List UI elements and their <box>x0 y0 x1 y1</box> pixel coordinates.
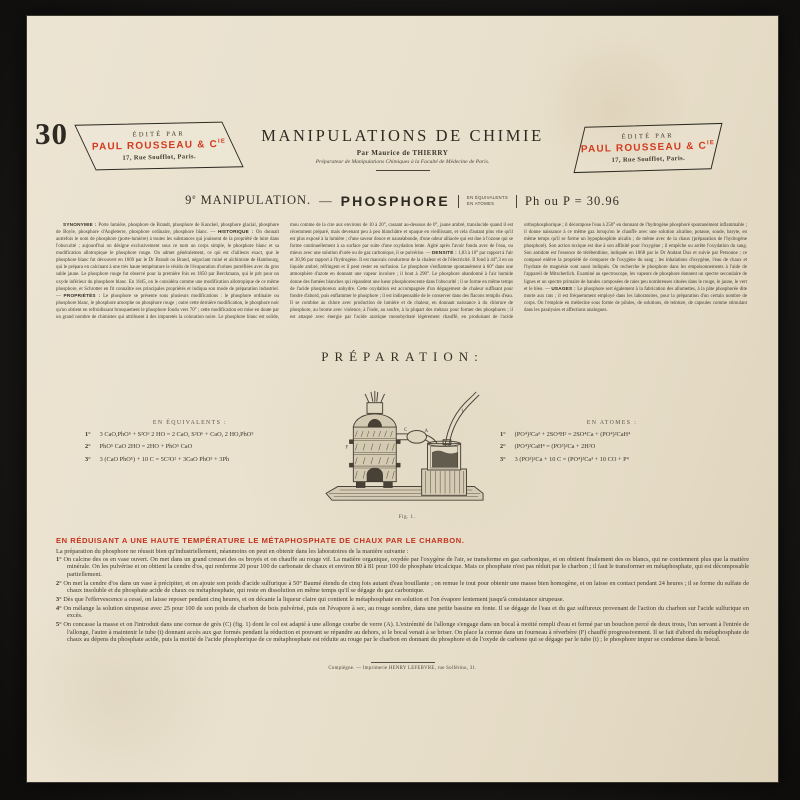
method-heading: EN RÉDUISANT A UNE HAUTE TEMPÉRATURE LE … <box>56 536 749 545</box>
heading-dash: — <box>319 194 333 209</box>
method-item: 2° On met la cendre d'os dans un vase à … <box>56 580 749 595</box>
figure-label: A <box>425 429 429 434</box>
method-intro: La préparation du phosphore ne réussit b… <box>56 548 749 555</box>
byline: Par Maurice de THIERRY <box>27 149 778 157</box>
footer: Compiègne. — Imprimerie HENRY LEFEBVRE, … <box>27 662 778 671</box>
equations-equivalents-heading: EN ÉQUIVALENTS : <box>77 420 303 426</box>
method-item: 3° Dès que l'effervescence a cessé, on l… <box>56 596 749 603</box>
equation-row: 2°PhO⁵ CaO 2HO = 2HO + PhO⁵ CaO <box>77 444 303 451</box>
figure-label: C <box>404 428 407 433</box>
footer-divider <box>371 662 435 663</box>
subject-title: PHOSPHORE <box>341 193 450 209</box>
preparation-title: PRÉPARATION: <box>27 349 778 365</box>
run-label: HISTORIQUE : <box>218 229 254 234</box>
document-title: MANIPULATIONS DE CHIMIE <box>27 126 778 146</box>
figure-label: F <box>346 446 349 451</box>
run-label: PROPRIÉTÉS : <box>64 293 101 298</box>
printer-imprint: Compiègne. — Imprimerie HENRY LEFEBVRE, … <box>27 666 778 671</box>
apparatus-illustration: C A t F <box>324 390 490 508</box>
heading-separator <box>458 195 459 208</box>
run-label: DENSITÉ : <box>432 250 457 255</box>
equations-equivalents: EN ÉQUIVALENTS : 1°3 CaO,PhO⁵ + S²O⁶ 2 H… <box>77 420 303 464</box>
method-item: 5° On concasse la masse et on l'introdui… <box>56 621 749 643</box>
byline-subtitle: Préparateur de Manipulations Chimiques à… <box>27 159 778 165</box>
masthead: MANIPULATIONS DE CHIMIE Par Maurice de T… <box>27 126 778 171</box>
figure-caption: Fig. 1. <box>324 515 490 520</box>
run-label: SYNONYMIE : <box>63 222 97 227</box>
manipulation-heading: 9e MANIPULATION. — PHOSPHORE EN ÉQUIVALE… <box>27 193 778 209</box>
synonymy-text-block: SYNONYMIE : Porte lumière, phosphore de … <box>56 222 747 335</box>
method-item: 1° On calcine des os en vase ouvert. On … <box>56 556 749 578</box>
equations-atomes: EN ATOMES : 1°(PO⁴)²Ca³ + 2SO⁴H² = 2SO⁴C… <box>492 420 732 464</box>
method-section: EN RÉDUISANT A UNE HAUTE TEMPÉRATURE LE … <box>56 536 749 644</box>
figure: C A t F Fig. 1. <box>324 390 490 520</box>
equation-row: 1°(PO⁴)²Ca³ + 2SO⁴H² = 2SO⁴Ca + (PO⁴)²Ca… <box>492 432 732 439</box>
equation-row: 2°(PO⁴)²CaH⁴ = (PO³)²Ca + 2H²O <box>492 444 732 451</box>
equation-row: 3°3 (PO³)²Ca + 10 C = (PO⁴)²Ca³ + 10 CO … <box>492 457 732 464</box>
masthead-divider <box>376 170 430 171</box>
notation-stack: EN ÉQUIVALENTS EN ATOMES <box>467 195 508 207</box>
method-item: 4° On mélange la solution sirupeuse avec… <box>56 605 749 620</box>
equations-atomes-heading: EN ATOMES : <box>492 420 732 426</box>
run-text: On donnait autrefois le nom de phosphore… <box>56 230 279 299</box>
equation-row: 3°3 (CaO PhO⁵) + 10 C = 5C²O² + 3CaO PhO… <box>77 457 303 464</box>
document-sheet: 30 ÉDITÉ PAR PAUL ROUSSEAU & CIE 17, Rue… <box>27 16 778 782</box>
equation-row: 1°3 CaO,PhO⁵ + S²O⁶ 2 HO = 2 CaO, S²O⁶ +… <box>77 432 303 439</box>
manipulation-number: 9e MANIPULATION. <box>185 193 311 208</box>
atomic-weight: Ph ou P = 30.96 <box>525 194 620 209</box>
run-label: USAGES : <box>551 286 575 291</box>
heading-separator <box>516 195 517 208</box>
